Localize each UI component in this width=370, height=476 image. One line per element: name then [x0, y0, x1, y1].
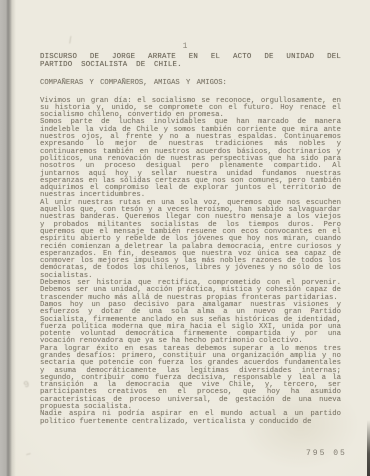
document-title: DISCURSO DE JORGE ARRATE EN EL ACTO DE U…: [40, 54, 341, 69]
paragraph: Damos hoy un paso decisivo para amalgama…: [40, 302, 341, 346]
paragraph: Para lograr éxito en esas tareas debemos…: [40, 346, 341, 412]
typewritten-text-block: DISCURSO DE JORGE ARRATE EN EL ACTO DE U…: [40, 54, 341, 426]
paragraph: Somos parte de luchas inolvidables que h…: [40, 119, 341, 199]
scanner-edge-left: [0, 0, 16, 476]
handwritten-mark: 9: [22, 379, 31, 390]
speech-body: Vivimos un gran día: el socialismo se re…: [40, 98, 341, 426]
paragraph: Debemos ser historia que rectifica, comp…: [40, 280, 341, 302]
scanned-page: 1 / 9 ~ DISCURSO DE JORGE ARRATE EN EL A…: [0, 0, 370, 476]
handwritten-mark: ~: [24, 449, 33, 460]
page-number: 1: [178, 42, 192, 51]
salutation-line: COMPAÑERAS Y COMPAÑEROS, AMIGAS Y AMIGOS…: [40, 80, 341, 87]
archive-stamp-number: 795 05: [306, 449, 347, 458]
paragraph: Vivimos un gran día: el socialismo se re…: [40, 98, 341, 120]
paragraph: Al unir nuestras rutas en una sola voz, …: [40, 200, 341, 280]
handwritten-mark: /: [66, 35, 75, 46]
paragraph: Nadie aspira ni podría aspirar en el mun…: [40, 411, 341, 426]
